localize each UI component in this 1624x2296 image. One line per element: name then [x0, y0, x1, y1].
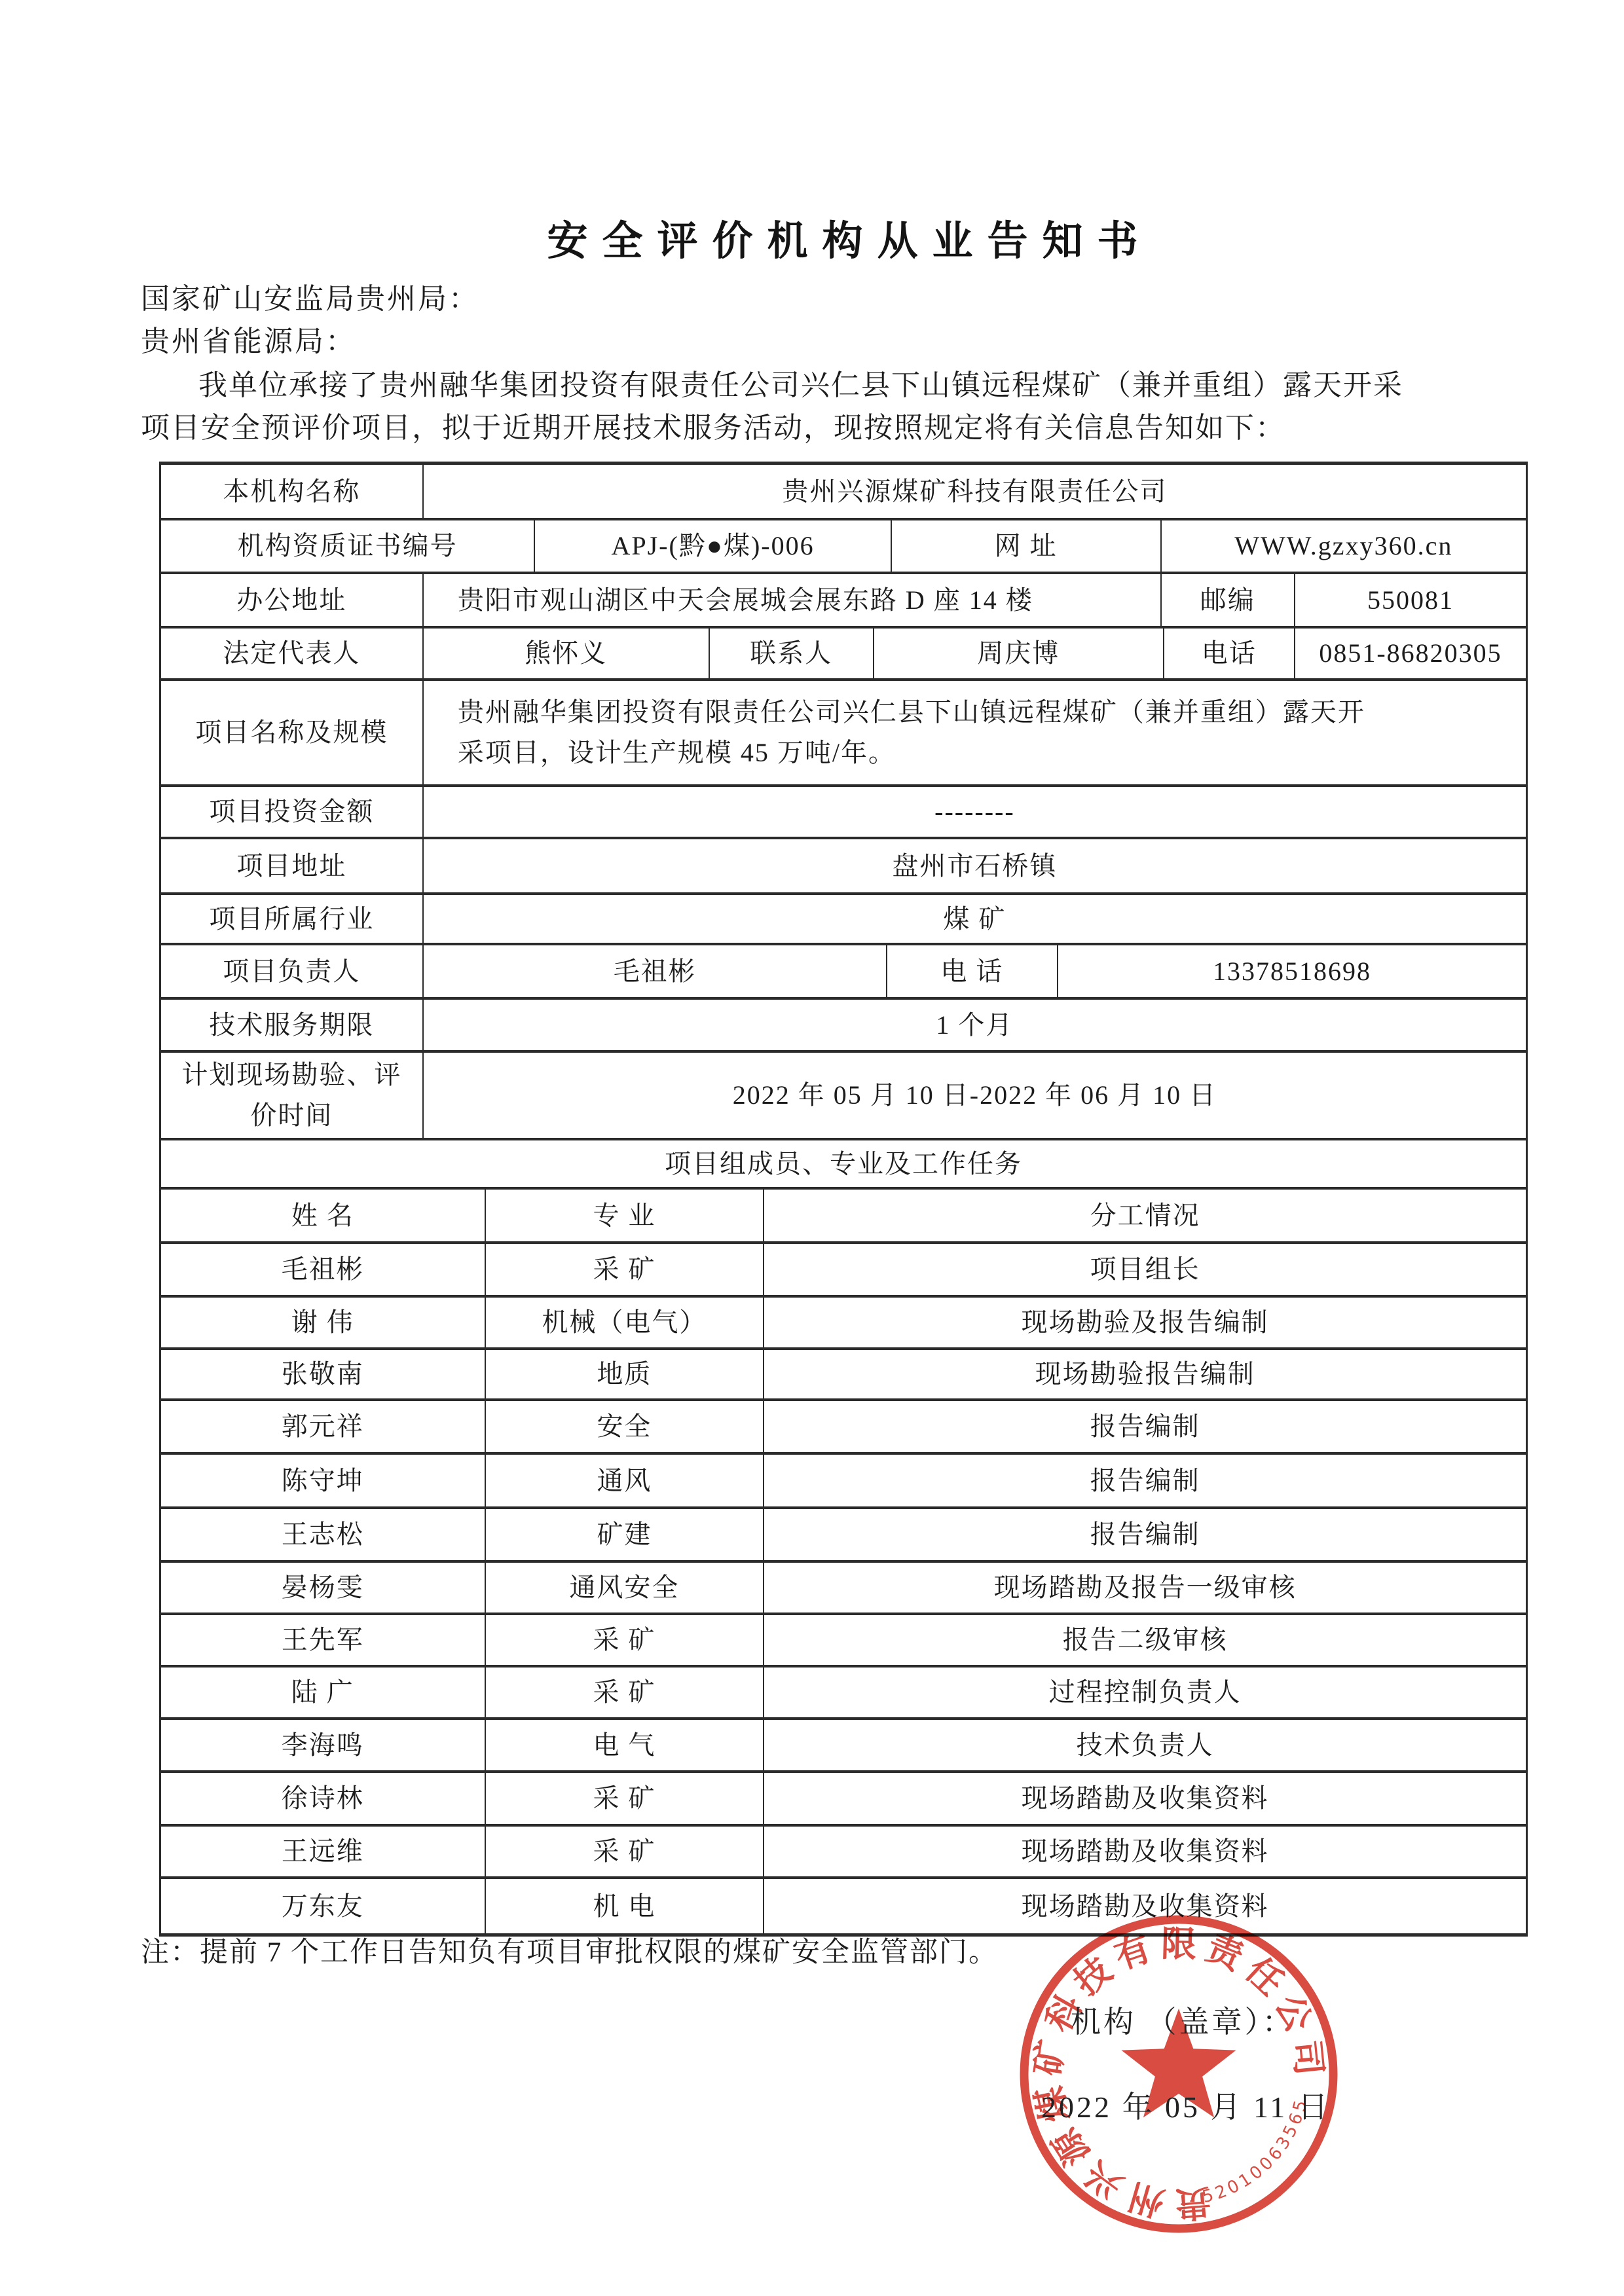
table-row-1: 本机构名称贵州兴源煤矿科技有限责任公司 [161, 465, 1526, 520]
table-cell-r13c3: 分工情况 [764, 1190, 1526, 1241]
table-cell-r3c3: 邮编 [1162, 574, 1295, 626]
table-row-2: 机构资质证书编号APJ-(黔●煤)-006网 址WWW.gzxy360.cn [161, 520, 1526, 574]
table-cell-r8c2: 煤 矿 [424, 895, 1526, 943]
table-row-20: 晏杨雯通风安全现场踏勘及报告一级审核 [161, 1563, 1526, 1615]
signature-label: 机构 （盖章）： [1071, 1998, 1295, 2041]
table-cell-r11c2: 2022 年 05 月 10 日-2022 年 06 月 10 日 [424, 1053, 1526, 1138]
table-row-17: 郭元祥安全报告编制 [161, 1401, 1526, 1455]
table-row-18: 陈守坤通风报告编制 [161, 1455, 1526, 1509]
notification-table: 本机构名称贵州兴源煤矿科技有限责任公司机构资质证书编号APJ-(黔●煤)-006… [159, 462, 1528, 1937]
table-row-6: 项目投资金额-------- [161, 787, 1526, 839]
table-cell-r18c1: 陈守坤 [161, 1455, 486, 1506]
table-cell-r19c2: 矿建 [486, 1509, 765, 1560]
table-cell-r14c2: 采 矿 [486, 1244, 765, 1295]
recipient-line-2: 贵州省能源局： [141, 318, 356, 359]
table-cell-r4c5: 电话 [1164, 629, 1295, 678]
table-cell-r5c2: 贵州融华集团投资有限责任公司兴仁县下山镇远程煤矿（兼并重组）露天开 采项目，设计… [424, 681, 1526, 784]
table-row-10: 技术服务期限1 个月 [161, 1000, 1526, 1053]
table-cell-r15c3: 现场勘验及报告编制 [764, 1298, 1526, 1347]
table-cell-r17c1: 郭元祥 [161, 1401, 486, 1452]
table-cell-r11c1: 计划现场勘验、评 价时间 [161, 1053, 424, 1138]
table-cell-r25c1: 王远维 [161, 1827, 486, 1876]
table-cell-r25c2: 采 矿 [486, 1827, 765, 1876]
table-cell-r18c3: 报告编制 [764, 1455, 1526, 1506]
table-cell-r9c1: 项目负责人 [161, 945, 424, 997]
intro-line-2: 项目安全预评价项目，拟于近期开展技术服务活动，现按照规定将有关信息告知如下： [141, 404, 1542, 446]
table-cell-r22c3: 过程控制负责人 [764, 1667, 1526, 1717]
table-cell-r21c1: 王先军 [161, 1615, 486, 1665]
table-cell-r2c3: 网 址 [892, 520, 1162, 572]
table-row-21: 王先军采 矿报告二级审核 [161, 1615, 1526, 1667]
table-cell-r12c1: 项目组成员、专业及工作任务 [161, 1140, 1526, 1187]
table-cell-r15c1: 谢 伟 [161, 1298, 486, 1347]
page-title: 安全评价机构从业告知书 [141, 208, 1559, 266]
table-cell-r22c1: 陆 广 [161, 1667, 486, 1717]
table-cell-r9c2: 毛祖彬 [424, 945, 887, 997]
table-cell-r14c1: 毛祖彬 [161, 1244, 486, 1295]
table-cell-r22c2: 采 矿 [486, 1667, 765, 1717]
table-cell-r4c4: 周庆博 [874, 629, 1164, 678]
table-row-14: 毛祖彬采 矿项目组长 [161, 1244, 1526, 1298]
table-cell-r4c1: 法定代表人 [161, 629, 424, 678]
table-cell-r10c2: 1 个月 [424, 1000, 1526, 1050]
table-cell-r2c4: WWW.gzxy360.cn [1162, 520, 1526, 572]
table-cell-r26c1: 万东友 [161, 1879, 486, 1933]
table-row-22: 陆 广采 矿过程控制负责人 [161, 1667, 1526, 1720]
table-cell-r7c1: 项目地址 [161, 839, 424, 892]
table-cell-r24c2: 采 矿 [486, 1773, 765, 1824]
table-cell-r1c2: 贵州兴源煤矿科技有限责任公司 [424, 465, 1526, 518]
table-cell-r16c3: 现场勘验报告编制 [764, 1350, 1526, 1398]
table-cell-r6c1: 项目投资金额 [161, 787, 424, 837]
table-cell-r6c2: -------- [424, 787, 1526, 837]
table-cell-r4c3: 联系人 [710, 629, 874, 678]
company-seal-stamp: 贵州兴源煤矿科技有限责任公司 52010063565 [1017, 1912, 1340, 2236]
table-row-24: 徐诗林采 矿现场踏勘及收集资料 [161, 1773, 1526, 1827]
table-cell-r1c1: 本机构名称 [161, 465, 424, 518]
table-cell-r17c2: 安全 [486, 1401, 765, 1452]
table-cell-r14c3: 项目组长 [764, 1244, 1526, 1295]
table-cell-r13c1: 姓 名 [161, 1190, 486, 1241]
table-cell-r2c1: 机构资质证书编号 [161, 520, 535, 572]
table-row-25: 王远维采 矿现场踏勘及收集资料 [161, 1827, 1526, 1879]
table-row-4: 法定代表人熊怀义联系人周庆博电话0851-86820305 [161, 629, 1526, 681]
table-cell-r24c1: 徐诗林 [161, 1773, 486, 1824]
table-cell-r23c3: 技术负责人 [764, 1720, 1526, 1770]
table-cell-r17c3: 报告编制 [764, 1401, 1526, 1452]
table-cell-r10c1: 技术服务期限 [161, 1000, 424, 1050]
table-cell-r8c1: 项目所属行业 [161, 895, 424, 943]
table-cell-r20c3: 现场踏勘及报告一级审核 [764, 1563, 1526, 1613]
document-page: 安全评价机构从业告知书 国家矿山安监局贵州局： 贵州省能源局： 我单位承接了贵州… [0, 0, 1624, 2296]
recipient-line-1: 国家矿山安监局贵州局： [141, 275, 479, 317]
table-row-3: 办公地址贵阳市观山湖区中天会展城会展东路 D 座 14 楼邮编550081 [161, 574, 1526, 629]
table-cell-r4c6: 0851-86820305 [1295, 629, 1526, 678]
table-cell-r16c1: 张敬南 [161, 1350, 486, 1398]
table-row-12: 项目组成员、专业及工作任务 [161, 1140, 1526, 1190]
table-row-19: 王志松矿建报告编制 [161, 1509, 1526, 1563]
table-row-13: 姓 名专 业分工情况 [161, 1190, 1526, 1244]
table-row-16: 张敬南地质现场勘验报告编制 [161, 1350, 1526, 1401]
table-cell-r23c2: 电 气 [486, 1720, 765, 1770]
footnote: 注：提前 7 个工作日告知负有项目审批权限的煤矿安全监管部门。 [141, 1930, 998, 1970]
table-row-7: 项目地址盘州市石桥镇 [161, 839, 1526, 895]
table-cell-r3c1: 办公地址 [161, 574, 424, 626]
intro-line-1: 我单位承接了贵州融华集团投资有限责任公司兴仁县下山镇远程煤矿（兼并重组）露天开采 [141, 361, 1542, 403]
table-cell-r9c4: 13378518698 [1058, 945, 1526, 997]
table-cell-r9c3: 电 话 [887, 945, 1058, 997]
table-cell-r3c4: 550081 [1295, 574, 1526, 626]
table-cell-r7c2: 盘州市石桥镇 [424, 839, 1526, 892]
table-cell-r25c3: 现场踏勘及收集资料 [764, 1827, 1526, 1876]
table-cell-r21c2: 采 矿 [486, 1615, 765, 1665]
table-cell-r20c1: 晏杨雯 [161, 1563, 486, 1613]
signature-date: 2022 年 05 月 11 日 [1041, 2083, 1331, 2126]
table-cell-r15c2: 机械（电气） [486, 1298, 765, 1347]
table-row-23: 李海鸣电 气技术负责人 [161, 1720, 1526, 1773]
table-cell-r21c3: 报告二级审核 [764, 1615, 1526, 1665]
table-row-8: 项目所属行业煤 矿 [161, 895, 1526, 945]
table-cell-r5c1: 项目名称及规模 [161, 681, 424, 784]
table-cell-r19c1: 王志松 [161, 1509, 486, 1560]
table-cell-r18c2: 通风 [486, 1455, 765, 1506]
table-cell-r4c2: 熊怀义 [424, 629, 710, 678]
table-cell-r16c2: 地质 [486, 1350, 765, 1398]
table-cell-r26c2: 机 电 [486, 1879, 765, 1933]
table-cell-r3c2: 贵阳市观山湖区中天会展城会展东路 D 座 14 楼 [424, 574, 1162, 626]
table-row-15: 谢 伟机械（电气）现场勘验及报告编制 [161, 1298, 1526, 1350]
table-cell-r24c3: 现场踏勘及收集资料 [764, 1773, 1526, 1824]
table-row-5: 项目名称及规模贵州融华集团投资有限责任公司兴仁县下山镇远程煤矿（兼并重组）露天开… [161, 681, 1526, 787]
table-cell-r2c2: APJ-(黔●煤)-006 [535, 520, 891, 572]
table-cell-r23c1: 李海鸣 [161, 1720, 486, 1770]
table-cell-r20c2: 通风安全 [486, 1563, 765, 1613]
table-cell-r19c3: 报告编制 [764, 1509, 1526, 1560]
table-row-11: 计划现场勘验、评 价时间2022 年 05 月 10 日-2022 年 06 月… [161, 1053, 1526, 1140]
table-row-9: 项目负责人毛祖彬电 话13378518698 [161, 945, 1526, 1000]
table-cell-r13c2: 专 业 [486, 1190, 765, 1241]
